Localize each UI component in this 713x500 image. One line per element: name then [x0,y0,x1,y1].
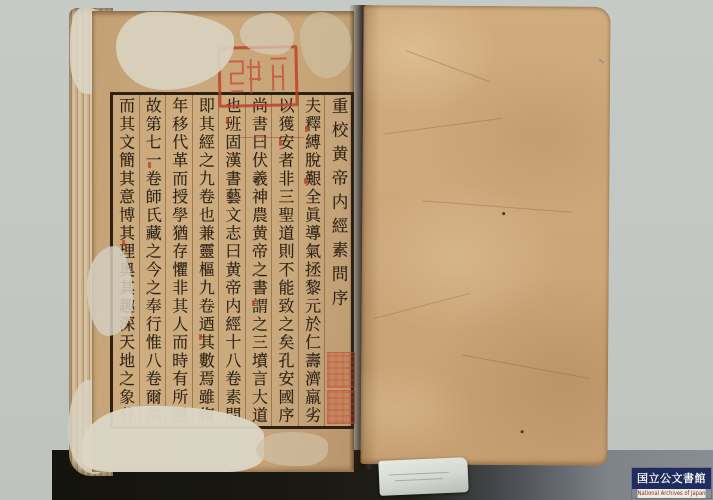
text-column-2: 以獲安者非三聖道則不能致之矣孔安國序 [271,95,298,426]
archival-photo: 重校黄帝内經素問序 夫釋縛脫艱全眞導氣拯黎元於仁壽濟羸劣 以獲安者非三聖道則不能… [0,0,713,500]
text-column-7: 故第七一卷師氏藏之今之奉行惟八卷爾然 [139,95,166,426]
paper-speck [502,212,505,215]
slip-smudge [395,478,443,481]
paper-speck [521,430,524,433]
wrinkle [462,355,590,379]
blank-leaf: ~ [360,5,610,466]
text-column-4: 也班固漢書藝文志曰黄帝内經十八卷素問 [218,95,245,426]
wrinkle [383,118,502,135]
red-reading-mark [226,118,229,124]
red-reading-mark [304,178,307,184]
paper-damage-patch [87,246,133,336]
wrinkle [422,200,572,213]
red-reading-mark [279,140,282,146]
naj-logo: 国立公文書館 National Archives of Japan [632,468,711,498]
text-block-frame: 重校黄帝内經素問序 夫釋縛脫艱全眞導氣拯黎元於仁壽濟羸劣 以獲安者非三聖道則不能… [110,92,354,429]
red-reading-mark [252,300,255,306]
red-reading-mark [199,334,202,340]
wrinkle [406,50,491,82]
wrinkle [373,293,470,319]
naj-logo-japanese: 国立公文書館 [632,468,711,489]
text-column-6: 年移代革而授學猶存懼非其人而時有所隱 [165,95,192,426]
blue-pen-mark: ~ [595,56,607,69]
text-column-1: 夫釋縛脫艱全眞導氣拯黎元於仁壽濟羸劣 [298,95,325,426]
red-reading-line [240,137,304,138]
slip-smudge [389,472,449,476]
paper-slip [378,457,468,496]
red-reading-mark [305,126,308,132]
text-column-3: 尚書曰伏羲神農黄帝之書謂之三墳言大道 [245,95,272,426]
paper-damage-patch [256,432,328,466]
naj-logo-english: National Archives of Japan [638,489,706,498]
red-reading-mark [122,240,125,246]
red-reading-mark [148,162,151,168]
paper-damage-patch [82,406,264,472]
text-column-5: 即其經之九卷也兼靈樞九卷迺其數焉雖復 [192,95,219,426]
